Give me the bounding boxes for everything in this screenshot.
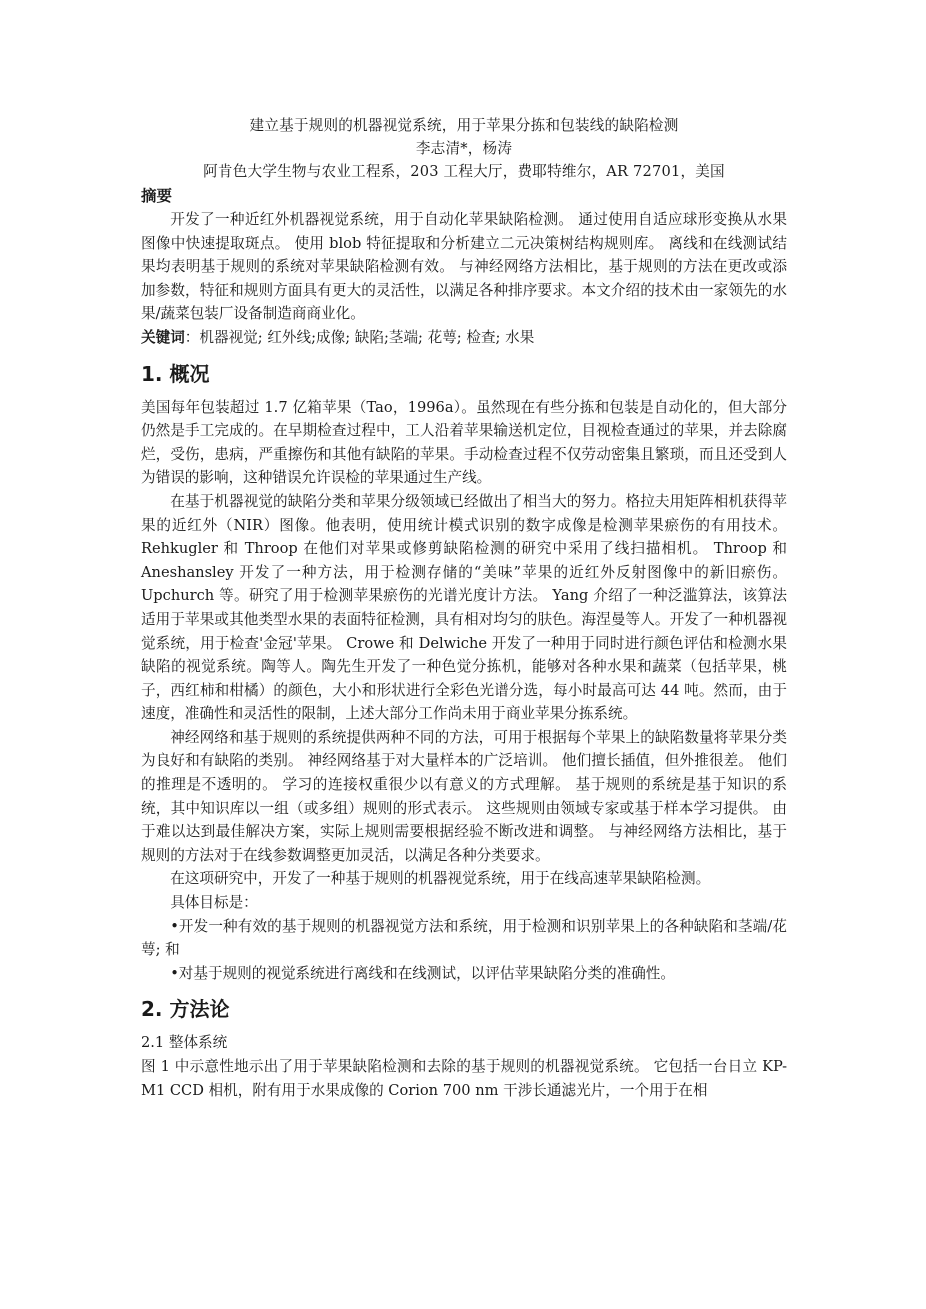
section-2-paragraph-1: 图 1 中示意性地示出了用于苹果缺陷检测和去除的基于规则的机器视觉系统。 它包括…	[141, 1055, 787, 1102]
subsection-2-1-heading: 2.1 整体系统	[141, 1031, 787, 1055]
section-1-paragraph-1: 美国每年包装超过 1.7 亿箱苹果（Tao，1996a）。虽然现在有些分拣和包装…	[141, 396, 787, 490]
keywords-list: ：机器视觉; 红外线;成像; 缺陷;茎端; 花萼; 检查; 水果	[185, 329, 535, 346]
abstract-text: 开发了一种近红外机器视觉系统，用于自动化苹果缺陷检测。 通过使用自适应球形变换从…	[141, 208, 787, 326]
objective-bullet-1: •开发一种有效的基于规则的机器视觉方法和系统，用于检测和识别苹果上的各种缺陷和茎…	[141, 915, 787, 962]
section-1-heading: 1. 概况	[141, 360, 787, 388]
section-1-paragraph-2: 在基于机器视觉的缺陷分类和苹果分级领域已经做出了相当大的努力。格拉夫用矩阵相机获…	[141, 490, 787, 726]
section-2-heading: 2. 方法论	[141, 995, 787, 1023]
paper-page: 建立基于规则的机器视觉系统，用于苹果分拣和包装线的缺陷检测 李志清*，杨涛 阿肯…	[141, 114, 787, 1102]
abstract-heading: 摘要	[141, 184, 787, 208]
paper-authors: 李志清*，杨涛	[141, 137, 787, 160]
paper-title: 建立基于规则的机器视觉系统，用于苹果分拣和包装线的缺陷检测	[141, 114, 787, 137]
section-1-paragraph-4: 在这项研究中，开发了一种基于规则的机器视觉系统，用于在线高速苹果缺陷检测。	[141, 867, 787, 891]
keywords-line: 关键词：机器视觉; 红外线;成像; 缺陷;茎端; 花萼; 检查; 水果	[141, 326, 787, 350]
section-1-objectives-intro: 具体目标是：	[141, 891, 787, 915]
title-block: 建立基于规则的机器视觉系统，用于苹果分拣和包装线的缺陷检测 李志清*，杨涛 阿肯…	[141, 114, 787, 183]
objective-bullet-2: •对基于规则的视觉系统进行离线和在线测试，以评估苹果缺陷分类的准确性。	[141, 962, 787, 986]
paper-affiliation: 阿肯色大学生物与农业工程系，203 工程大厅，费耶特维尔，AR 72701，美国	[141, 160, 787, 183]
section-1-paragraph-3: 神经网络和基于规则的系统提供两种不同的方法，可用于根据每个苹果上的缺陷数量将苹果…	[141, 726, 787, 868]
keywords-label: 关键词	[141, 329, 185, 346]
